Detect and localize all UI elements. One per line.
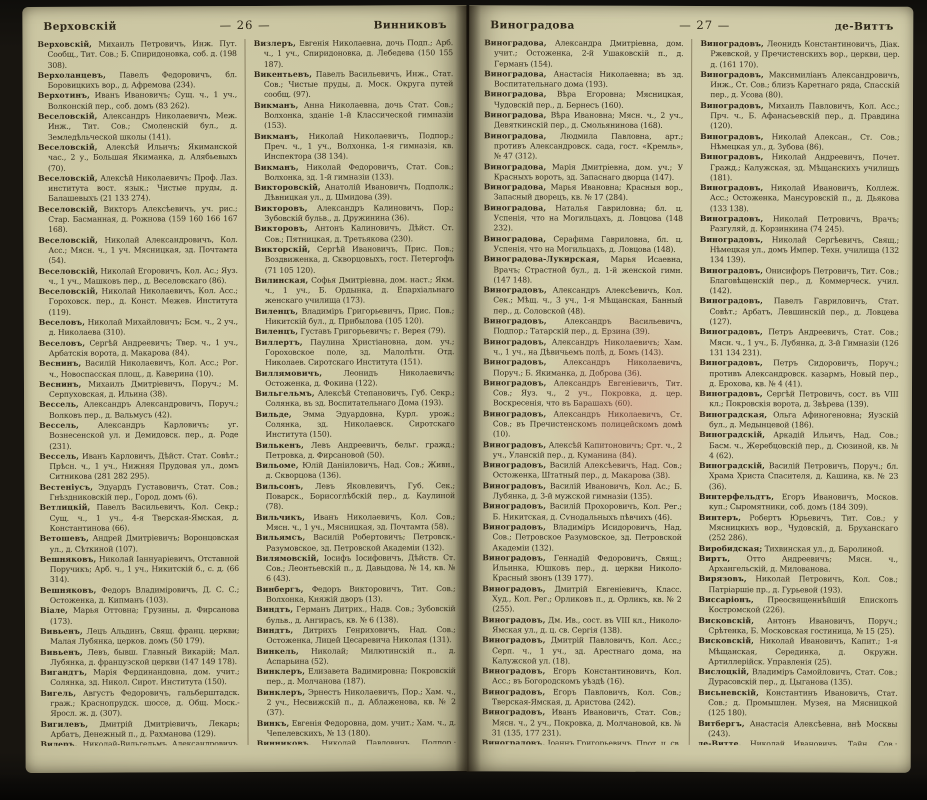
running-title-right: де-Виттъ xyxy=(834,21,893,33)
directory-entry: Викторовъ, Антонъ Калиновичъ, Дѣйст. Ст.… xyxy=(255,223,454,244)
directory-entry: Вислоцкій, Владиміръ Самойловичъ, Стат. … xyxy=(698,667,897,688)
directory-entry: Веселовскій, Алексѣй Ильичъ; Якиманской … xyxy=(38,142,237,174)
directory-entry: Виноградова, Анастасія Николаевна; въ зд… xyxy=(484,69,683,90)
directory-entry: Виноградовъ, Николай Сергѣевичъ, Свящ.; … xyxy=(699,235,898,267)
entry-surname: Веселовъ, xyxy=(39,338,85,347)
entry-surname: Веснинъ, xyxy=(39,359,81,368)
directory-entry: Викманъ, Анна Николаевна, дочь Стат. Сов… xyxy=(254,100,453,132)
entry-details: Эмма Эдуардовна, Курл. урож.; Солянка, з… xyxy=(265,409,454,439)
entry-surname: Веселовскій, xyxy=(39,287,99,296)
entry-surname: Виллямовичъ, xyxy=(255,368,322,377)
entry-surname: Винниковъ, xyxy=(257,739,312,745)
directory-entry: Виноградова, Серафима Гавриловна, бл. ц.… xyxy=(483,234,682,255)
page-number: — 27 — xyxy=(574,18,834,33)
entry-surname: Виноградовъ, xyxy=(699,296,762,305)
directory-entry: Виноградовъ, Василій Прохоровичъ, Кол. Р… xyxy=(482,502,681,523)
entry-surname: Вешняковъ, xyxy=(40,585,97,594)
directory-entry: де-Витте, Николай Ивановичъ, Тайн. Сов.;… xyxy=(697,739,896,746)
entry-surname: Виртъ, xyxy=(698,554,730,563)
entry-surname: Веселовскій, xyxy=(38,235,98,244)
directory-page-left: Верховскій — 26 — Винниковъ Верховскій, … xyxy=(22,5,469,773)
entry-surname: Ветлицкій, xyxy=(39,503,90,512)
directory-entry: Виндтъ, Германъ Дитрих., Надв. Сов.; Зуб… xyxy=(256,604,455,625)
entry-surname: Вигандтъ, xyxy=(40,668,87,677)
entry-surname: Виноградовъ, xyxy=(699,266,762,275)
directory-entry: Ветлицкій, Павелъ Васильевичъ, Кол. Секр… xyxy=(39,502,238,534)
directory-entry: Виноградова-Лукирская, Марья Исаевна, Вр… xyxy=(483,255,682,287)
directory-entry: Веснинъ, Василій Николаевичъ, Кол. Асс.;… xyxy=(39,358,238,379)
entry-surname: Виноградовъ, xyxy=(482,481,545,490)
column-1: Верховскій, Михаилъ Петровичъ, Инж. Пут.… xyxy=(37,39,239,746)
entry-surname: Вессель, xyxy=(39,421,79,430)
entry-details: Августъ Федоровичъ, гальберштадск. граж.… xyxy=(50,688,239,718)
directory-entry: Висьневскій, Константинъ Ивановичъ, Стат… xyxy=(698,688,897,720)
entry-surname: Винтеръ, xyxy=(698,513,740,522)
entry-surname: Визлеръ, xyxy=(254,39,296,48)
directory-entry: Виноградская, Ольга Афиногеновна; Яузскі… xyxy=(699,410,898,431)
directory-entry: Винклеръ, Елизавета Вадимировна; Покровс… xyxy=(256,666,455,687)
entry-surname: Викманъ, xyxy=(254,162,298,171)
entry-surname: Викторовъ, xyxy=(254,203,307,212)
directory-entry: Виноградовъ, Дм. Ив., сост. въ VIII кл.,… xyxy=(482,615,681,636)
entry-surname: Винклеръ, xyxy=(256,667,305,676)
directory-entry: Верхотинъ, Иванъ Ивановичъ; Сущ. ч., 1 у… xyxy=(38,91,237,112)
entry-surname: Вессель, xyxy=(39,452,79,461)
directory-entry: Виллямовичъ, Леонидъ Николаевичъ; Остоже… xyxy=(255,368,454,389)
entry-surname: Вильсонъ, xyxy=(256,482,304,491)
directory-entry: Виноградовъ, Михаилъ Павловичъ, Кол. Асс… xyxy=(700,101,899,133)
directory-entry: Виноградовъ, Петръ Сидоровичъ, Поруч.; п… xyxy=(699,358,898,390)
directory-entry: Виноградовъ, Алексѣй Капитоновичъ; Срт. … xyxy=(482,440,681,461)
directory-entry: Виноградовъ, Александръ Васильевичъ, Под… xyxy=(483,316,682,337)
directory-entry: Веселовскій, Николай Александровичъ, Кол… xyxy=(38,235,237,267)
directory-entry: Веснинъ, Михаилъ Дмитріевичъ, Поруч.; М.… xyxy=(39,379,238,400)
directory-entry: Виноградовъ, Александръ Николаевичъ, Пор… xyxy=(483,357,682,378)
directory-entry: Винниковъ, Николай Павловичъ, Подпор.; М… xyxy=(257,738,456,745)
directory-entry: Виноградова, Вѣра Егоровна; Мясницкая, Ч… xyxy=(483,90,682,111)
entry-surname: Верхотинъ, xyxy=(38,91,90,100)
directory-entry: Вивьенъ, Левъ, бывш. Главный Викарій; Ма… xyxy=(40,647,239,668)
directory-entry: Витбергъ, Анастасія Алексѣевна, внѣ Моск… xyxy=(698,719,897,740)
directory-entry: Виноградовъ, Николай Андреевичъ, Почет. … xyxy=(699,152,898,184)
entry-surname: Вилинская, xyxy=(255,276,309,285)
entry-surname: Винклеръ, xyxy=(257,687,306,696)
directory-entry: Виртъ, Отто Андреевичъ; Мясн. ч., Арханг… xyxy=(698,554,897,575)
entry-surname: Вигилевъ, xyxy=(40,719,88,728)
entry-surname: Виноградовъ, xyxy=(482,615,545,624)
entry-surname: Виноградская, xyxy=(699,410,767,419)
entry-surname: Вильчикъ, xyxy=(256,512,305,521)
directory-entry: Виноградовъ, Онисифоръ Петровичъ, Тит. С… xyxy=(699,266,898,298)
entry-surname: Виноградовъ, xyxy=(699,358,762,367)
directory-entry: Вильямсъ, Василій Робертовичъ; Петровск.… xyxy=(256,532,455,553)
entry-surname: Виноградовъ, xyxy=(700,152,763,161)
directory-entry: Веселовскій, Николай Егоровичъ, Кол. Ас.… xyxy=(38,266,237,287)
directory-entry: Винтеръ, Робертъ Юрьевичъ, Тит. Сов.; у … xyxy=(698,513,897,545)
entry-details: Густавъ Григорьевичъ; г. Верея (79). xyxy=(300,326,445,336)
entry-surname: Виноградовъ, xyxy=(481,708,544,717)
entry-surname: Виленцъ, xyxy=(255,306,298,315)
directory-entry: Верховскій, Михаилъ Петровичъ, Инж. Пут.… xyxy=(37,39,236,71)
directory-entry: Виноградовъ, Василій Алексѣевичъ, Над. С… xyxy=(482,460,681,481)
entry-surname: Виноградовъ, xyxy=(482,460,545,469)
column-1: Виноградова, Александра Дмитріевна, дом.… xyxy=(481,38,683,745)
entry-surname: Виноградовъ, xyxy=(699,214,762,223)
directory-entry: Виноградова, Марія Дмитріевна, дом. уч.;… xyxy=(483,162,682,183)
directory-page-right: Виноградова — 27 — де-Виттъ Виноградова,… xyxy=(466,5,912,773)
directory-entry: Виллертъ, Паулина Христіановна, дом. уч.… xyxy=(255,337,454,369)
entry-surname: Висковскій, xyxy=(698,636,754,645)
entry-surname: Витбергъ, xyxy=(698,719,745,728)
directory-entry: Ветошевъ, Андрей Дмитріевичъ; Воронцовск… xyxy=(40,533,239,554)
entry-surname: Винбергъ, xyxy=(256,584,303,593)
entry-surname: Виноградовъ, xyxy=(481,666,544,675)
entry-surname: Вирязовъ, xyxy=(698,574,746,583)
directory-entry: Виноградовъ, Александръ Николаевичъ; Хам… xyxy=(483,337,682,358)
entry-details: Николай-Вильгельмъ Александровичъ, Лек.;… xyxy=(51,739,240,746)
entry-surname: Викторовъ, xyxy=(255,224,308,233)
directory-entry: Вирязовъ, Николай Петровичъ, Кол. Сов.; … xyxy=(698,574,897,595)
entry-surname: Ветошевъ, xyxy=(40,534,89,543)
directory-entry: Віале, Марья Оттовна; Грузины, д. Фирсан… xyxy=(40,605,239,626)
entry-surname: Вигель, xyxy=(40,688,76,697)
entry-surname: Виноградовъ, xyxy=(699,327,762,336)
directory-entry: Виноградовъ, Василій Ивановичъ, Кол. Ас.… xyxy=(482,481,681,502)
page-header: Верховскій — 26 — Винниковъ xyxy=(43,17,447,33)
entry-surname: Виноградовъ, xyxy=(482,553,545,562)
entry-surname: Виноградовъ, xyxy=(483,357,546,366)
entry-surname: Виноградовъ, xyxy=(483,378,546,387)
directory-entry: Вешняковъ, Федоръ Владиміровичъ, Д. С. С… xyxy=(40,585,239,606)
directory-entry: Вессель, Александръ Карловичъ; уг. Возне… xyxy=(39,420,238,452)
entry-surname: Виноградова, xyxy=(483,234,546,243)
entry-details: Евгенія Федоровна, дом. учит.; Хам. ч., … xyxy=(267,718,456,738)
entry-surname: Виноградова, xyxy=(483,131,546,140)
entry-surname: Веселовскій, xyxy=(38,204,98,213)
entry-surname: Виноградскій, xyxy=(699,430,765,439)
book-spread: Верховскій — 26 — Винниковъ Верховскій, … xyxy=(24,6,911,772)
entry-surname: Вильоме, xyxy=(256,461,299,470)
directory-entry: Вигандтъ, Марія Фердинандовна, дом. учит… xyxy=(40,667,239,688)
entry-surname: Вилькенъ, xyxy=(255,440,303,449)
entry-surname: Веселовскій, xyxy=(38,143,98,152)
entry-surname: Вивьенъ, xyxy=(40,647,83,656)
entry-surname: Веселовскій, xyxy=(38,174,98,183)
page-columns: Верховскій, Михаилъ Петровичъ, Инж. Пут.… xyxy=(37,38,456,746)
directory-entry: Виноградовъ, Дмитрій Павловичъ, Кол. Асс… xyxy=(482,635,681,667)
entry-surname: Виноградовъ, xyxy=(483,285,546,294)
directory-entry: Виноградова, Александра Дмитріевна, дом.… xyxy=(484,38,683,70)
entry-surname: Виноградова, xyxy=(483,162,546,171)
directory-entry: Веселовъ, Сергѣй Андреевичъ; Твер. ч., 1… xyxy=(39,338,238,359)
entry-surname: Виноградовъ, xyxy=(699,389,762,398)
entry-surname: Вессель, xyxy=(39,400,79,409)
entry-details: Германъ Дитрих., Надв. Сов.; Зубовскій б… xyxy=(266,604,455,624)
directory-entry: Видеръ, Николай-Вильгельмъ Александрович… xyxy=(41,739,240,746)
entry-surname: Виноградовъ, xyxy=(481,738,544,745)
directory-entry: Висковскій, Антонъ Ивановичъ, Поруч.; Ср… xyxy=(698,616,897,637)
entry-surname: Виноградовъ, xyxy=(700,70,763,79)
directory-entry: Виробидская; Тихвинская ул., д. Баролино… xyxy=(698,544,897,555)
directory-entry: Виноградовъ, Николай Алексан., Ст. Сов.;… xyxy=(700,132,899,153)
entry-surname: Веселовскій, xyxy=(38,266,98,275)
directory-entry: Викманъ, Николай Николаевичъ, Подпор.; П… xyxy=(254,131,453,163)
entry-surname: Виссаріонъ, xyxy=(698,595,753,604)
entry-surname: Винтерфельдтъ, xyxy=(698,492,773,501)
page-header: Виноградова — 27 — де-Виттъ xyxy=(490,17,894,32)
directory-entry: Виноградскій, Василій Петровичъ, Поруч.;… xyxy=(698,461,897,493)
entry-surname: Виноградовъ, xyxy=(483,337,546,346)
directory-entry: Веселовскій, Николай Николаевичъ, Кол. А… xyxy=(39,286,238,318)
page-number: — 26 — xyxy=(117,17,374,32)
entry-surname: Виноградовъ, xyxy=(482,440,545,449)
entry-details: Отто Андреевичъ; Мясн. ч., Архангельскій… xyxy=(708,554,897,574)
directory-entry: Вильсонъ, Левъ Яковлевичъ, Губ. Сек.; По… xyxy=(256,481,455,513)
directory-entry: Вильчикъ, Иванъ Николаевичъ, Кол. Сов.; … xyxy=(256,512,455,533)
entry-surname: Вилямовскій, xyxy=(256,554,319,563)
entry-surname: Виноградова, xyxy=(483,110,546,119)
entry-surname: Виндтъ, xyxy=(256,605,293,614)
directory-entry: Викторовъ, Александръ Калиновичъ, Пор.; … xyxy=(254,203,453,224)
directory-entry: Виноградовъ, Іоаннъ Григорьевичъ, Прот. … xyxy=(481,738,680,745)
directory-entry: Виноградовъ, Александръ Евгеніевичъ, Тит… xyxy=(482,378,681,410)
directory-entry: Веселовскій, Александръ Николаевичъ, Меж… xyxy=(38,111,237,143)
entry-surname: Виноградовъ, xyxy=(700,39,763,48)
entry-surname: Веселовъ, xyxy=(39,318,85,327)
directory-entry: Вешняковъ, Николай Іаннуаріевичъ, Отстав… xyxy=(40,554,239,586)
entry-surname: Виноградовъ, xyxy=(481,687,544,696)
directory-entry: Виленцъ, Владиміръ Григорьевичъ, Прис. П… xyxy=(255,306,454,327)
directory-entry: Виноградова, Вѣра Ивановна; Мясн. ч., 2 … xyxy=(483,110,682,131)
book-scan: Верховскій — 26 — Винниковъ Верховскій, … xyxy=(0,0,927,800)
directory-entry: Виноградовъ, Николай Петровичъ, Врачъ; Р… xyxy=(699,214,898,235)
entry-surname: Викманъ, xyxy=(254,131,298,140)
directory-entry: Виноградовъ, Петръ Андреевичъ, Стат. Сов… xyxy=(699,327,898,359)
directory-entry: Вессель, Александръ Александровичъ, Пору… xyxy=(39,399,238,420)
entry-surname: Викентьевъ, xyxy=(254,70,312,79)
directory-entry: Виноградовъ, Леонидъ Константиновичъ, Ді… xyxy=(700,39,899,71)
column-2: Визлеръ, Евгенія Николаевна, дочь Подп.;… xyxy=(245,38,456,745)
directory-entry: Викентьевъ, Павелъ Васильевичъ, Инж., Ст… xyxy=(254,69,453,101)
entry-surname: Видеръ, xyxy=(41,740,78,746)
directory-entry: Висковскій, Николай Ивановичъ, Капит.; 1… xyxy=(698,636,897,668)
directory-entry: Виноградовъ, Александръ Николаевичъ, Ст.… xyxy=(482,409,681,441)
entry-details: Тихвинская ул., д. Баролиной. xyxy=(764,544,883,553)
page-columns: Виноградова, Александра Дмитріевна, дом.… xyxy=(481,38,899,745)
entry-surname: Веселовскій, xyxy=(38,112,98,121)
directory-entry: Викторовскій, Анатолій Ивановичъ, Подпол… xyxy=(254,182,453,203)
directory-entry: Викманъ, Николай Федоровичъ, Стат. Сов.;… xyxy=(254,162,453,183)
entry-surname: Верхоланцевъ, xyxy=(38,70,106,79)
directory-entry: Вигель, Августъ Федоровичъ, гальберштадс… xyxy=(40,688,239,720)
entry-surname: Висьневскій, xyxy=(698,688,759,697)
column-2: Виноградовъ, Леонидъ Константиновичъ, Ді… xyxy=(689,39,900,746)
entry-surname: Виноградова, xyxy=(484,69,547,78)
directory-entry: Виноградова, Марья Ивановна; Красныя вор… xyxy=(483,182,682,203)
directory-entry: Вестеніусъ, Эдуардъ Густавовичъ, Стат. С… xyxy=(39,482,238,503)
entry-surname: Вильямсъ, xyxy=(256,533,305,542)
entry-surname: Вестеніусъ, xyxy=(39,482,93,491)
directory-entry: Вессель, Иванъ Карловичъ, Дѣйст. Стат. С… xyxy=(39,451,238,483)
entry-surname: Веснинъ, xyxy=(39,380,81,389)
entry-surname: Виноградовъ, xyxy=(699,235,762,244)
entry-surname: Викторскій, xyxy=(255,245,311,254)
running-title-left: Виноградова xyxy=(490,19,574,31)
entry-surname: Вешняковъ, xyxy=(40,554,97,563)
running-title-left: Верховскій xyxy=(43,21,116,33)
directory-entry: Винклеръ, Эрнестъ Николаевичъ, Пор.; Хам… xyxy=(257,687,456,719)
entry-surname: Викторовскій, xyxy=(254,183,320,192)
entry-surname: Виленцъ, xyxy=(255,327,298,336)
directory-entry: Виноградовъ, Дмитрій Евгеніевичъ, Класс.… xyxy=(482,584,681,616)
directory-entry: Виноградова, Людмила Павловна, арт.; про… xyxy=(483,131,682,163)
directory-entry: Вилькенъ, Левъ Андреевичъ, бельг. гражд.… xyxy=(255,440,454,461)
entry-surname: Вислоцкій, xyxy=(698,667,749,676)
entry-surname: Виндтъ, xyxy=(256,626,293,635)
entry-surname: Виллертъ, xyxy=(255,337,303,346)
directory-entry: Виноградовъ, Егоръ Константиновичъ, Кол.… xyxy=(481,666,680,687)
entry-surname: Виноградова, xyxy=(483,203,546,212)
entry-surname: Винкель, xyxy=(256,646,298,655)
directory-entry: Виноградовъ, Максимиліанъ Александровичъ… xyxy=(700,70,899,102)
directory-entry: Виноградовъ, Николай Ивановичъ, Коллеж. … xyxy=(699,183,898,215)
directory-entry: Виноградовъ, Павелъ Гавриловичъ, Стат. С… xyxy=(699,296,898,328)
directory-entry: Вильоме, Юлій Даніиловичъ, Над. Сов.; Жи… xyxy=(256,460,455,481)
entry-surname: Виноградскій, xyxy=(698,461,764,470)
directory-entry: Виноградовъ, Геннадій Федоровичъ, Свящ.;… xyxy=(482,553,681,585)
directory-entry: Виноградскій, Аркадій Ильичъ, Над. Сов.;… xyxy=(698,430,897,462)
entry-surname: Виноградовъ, xyxy=(482,409,545,418)
directory-entry: Верхоланцевъ, Павелъ Федоровичъ, бл. Бор… xyxy=(38,70,237,91)
directory-entry: Винкъ, Евгенія Федоровна, дом. учит.; Ха… xyxy=(257,718,456,739)
entry-surname: Висковскій, xyxy=(698,616,754,625)
entry-surname: Виноградовъ, xyxy=(482,584,545,593)
entry-surname: Виноградова, xyxy=(484,90,547,99)
directory-entry: Виноградова, Наталья Гавриловна; бл. ц. … xyxy=(483,203,682,235)
directory-entry: Виноградовъ, Егоръ Павловичъ, Кол. Сов.;… xyxy=(481,687,680,708)
directory-entry: Вивьенъ, Лецъ Альдинъ, Свящ. франц. церк… xyxy=(40,626,239,647)
running-title-right: Винниковъ xyxy=(374,19,447,31)
entry-surname: Виробидская; xyxy=(698,544,762,553)
directory-entry: Вилинская, Софья Дмитріевна, дом. наст.;… xyxy=(255,275,454,307)
entry-surname: Виноградова, xyxy=(483,182,546,191)
entry-surname: Виноградовъ, xyxy=(699,183,762,192)
directory-entry: Винтерфельдтъ, Егоръ Ивановичъ, Москов. … xyxy=(698,492,897,513)
directory-entry: Вильде, Эмма Эдуардовна, Курл. урож.; Со… xyxy=(255,409,454,441)
entry-surname: Віале, xyxy=(40,606,68,615)
directory-entry: Визлеръ, Евгенія Николаевна, дочь Подп.;… xyxy=(254,38,453,70)
directory-entry: Виссаріонъ, Преосвященнѣйшій Епископъ Ко… xyxy=(698,595,897,616)
directory-entry: Винкель, Николай; Милютинскій п., д. Асп… xyxy=(256,646,455,667)
scan-edge-shadow xyxy=(0,774,927,800)
directory-entry: Вигилевъ, Дмитрій Дмитріевичъ, Лекарь; А… xyxy=(40,719,239,740)
entry-details: Дитрихъ Генриховичъ, Над. Сов.; Остоженк… xyxy=(266,625,455,645)
directory-entry: Вильгельмъ, Алексѣй Степановичъ, Губ. Се… xyxy=(255,388,454,409)
entry-surname: Виноградовъ, xyxy=(700,101,763,110)
entry-surname: Виноградовъ, xyxy=(483,316,546,325)
directory-entry: Виндтъ, Дитрихъ Генриховичъ, Над. Сов.; … xyxy=(256,625,455,646)
directory-entry: Веселовъ, Николай Михайловичъ; Бсм. ч., … xyxy=(39,317,238,338)
directory-entry: Викторскій, Сергѣй Ивановичъ, Прис. Пов.… xyxy=(255,244,454,276)
directory-entry: Виноградовъ, Владиміръ Исидоровичъ, Над.… xyxy=(482,522,681,554)
entry-surname: Виноградовъ, xyxy=(482,635,545,644)
directory-entry: Виноградовъ, Сергѣй Петровичъ, сост. въ … xyxy=(699,389,898,410)
directory-entry: Винбергъ, Федоръ Викторовичъ, Тит. Сов.;… xyxy=(256,584,455,605)
entry-surname: Винкъ, xyxy=(257,718,290,727)
directory-entry: Веселовскій, Викторъ Алексѣевичъ, уч. ри… xyxy=(38,204,237,236)
entry-surname: Вильде, xyxy=(255,409,291,418)
entry-surname: Виноградова, xyxy=(484,38,547,47)
entry-surname: Вивьенъ, xyxy=(40,627,83,636)
entry-surname: де-Витте, xyxy=(697,739,740,746)
directory-entry: Веселовскій, Алексѣй Николаевичъ; Проф. … xyxy=(38,173,237,205)
entry-surname: Виноградовъ, xyxy=(700,132,763,141)
entry-surname: Вильгельмъ, xyxy=(255,389,314,398)
directory-entry: Виноградовъ, Александръ Алексѣевичъ, Кол… xyxy=(483,285,682,317)
entry-surname: Викманъ, xyxy=(254,101,298,110)
entry-surname: Виноградовъ, xyxy=(482,522,545,531)
entry-details: Марья Оттовна; Грузины, д. Фирсанова (17… xyxy=(50,605,239,625)
entry-surname: Виноградовъ, xyxy=(482,502,545,511)
directory-entry: Вилямовскій, Іосифъ Іосифовичъ, Дѣйств. … xyxy=(256,553,455,585)
entry-surname: Верховскій, xyxy=(37,40,91,49)
entry-surname: Виноградова-Лукирская, xyxy=(483,255,599,264)
directory-entry: Виноградовъ, Иванъ Ивановичъ, Стат. Сов.… xyxy=(481,708,680,740)
